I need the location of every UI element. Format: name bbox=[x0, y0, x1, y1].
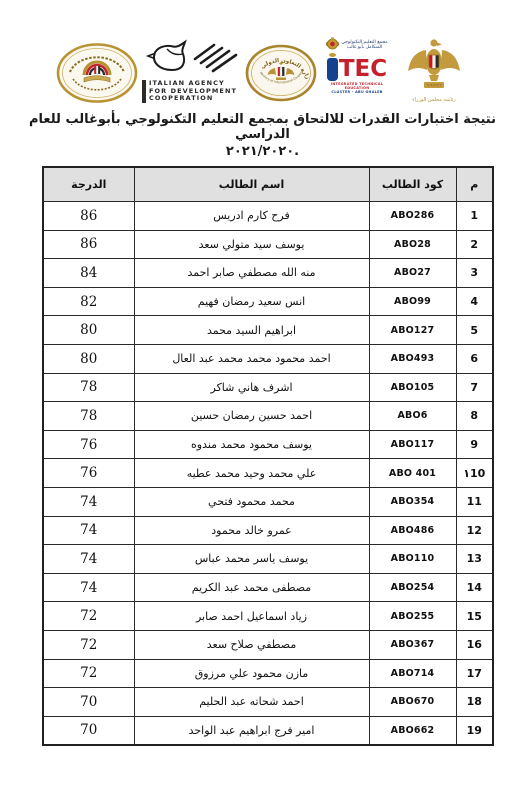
row-serial: 13 bbox=[456, 545, 493, 574]
table-row: 6 ABO493 احمد محمود محمد محمد عبد العال … bbox=[43, 344, 493, 373]
table-row: 17 ABO714 مازن محمود علي مرزوق 72 bbox=[43, 659, 493, 688]
student-score: 80 bbox=[43, 344, 134, 373]
student-code: ABO367 bbox=[369, 630, 456, 659]
table-row: 8 ABO6 احمد حسين رمضان حسين 78 bbox=[43, 402, 493, 431]
italian-agency-logo: ITALIAN AGENCY FOR DEVELOPMENT COOPERATI… bbox=[142, 37, 239, 103]
student-code: ABO670 bbox=[369, 688, 456, 717]
row-serial: 16 bbox=[456, 630, 493, 659]
table-row: 5 ABO127 ابراهيم السيد محمد 80 bbox=[43, 316, 493, 345]
title-line1: نتيجة اختبارات القدرات للالتحاق بمجمع ال… bbox=[0, 112, 525, 142]
student-code: ABO 401 bbox=[369, 459, 456, 488]
ministry-seal-icon: وزارة التعاون الدولي Ministry of Interna… bbox=[245, 44, 317, 102]
edf-seal-icon bbox=[56, 42, 138, 104]
row-serial: ١10 bbox=[456, 459, 493, 488]
student-score: 74 bbox=[43, 573, 134, 602]
row-serial: 14 bbox=[456, 573, 493, 602]
student-score: 72 bbox=[43, 630, 134, 659]
student-score: 86 bbox=[43, 230, 134, 259]
student-name: مازن محمود علي مرزوق bbox=[134, 659, 369, 688]
header-student-code: كود الطالب bbox=[369, 167, 456, 202]
student-name: عمرو خالد محمود bbox=[134, 516, 369, 545]
student-score: 78 bbox=[43, 373, 134, 402]
student-score: 72 bbox=[43, 602, 134, 631]
ministry-international-cooperation-seal: وزارة التعاون الدولي Ministry of Interna… bbox=[245, 44, 317, 102]
student-code: ABO714 bbox=[369, 659, 456, 688]
student-score: 80 bbox=[43, 316, 134, 345]
itec-arabic-line2: المتكامل بأبو غالب bbox=[341, 45, 388, 50]
student-code: ABO110 bbox=[369, 545, 456, 574]
row-serial: 9 bbox=[456, 430, 493, 459]
student-score: 84 bbox=[43, 259, 134, 288]
italian-agency-wordmark: ITALIAN AGENCY FOR DEVELOPMENT COOPERATI… bbox=[142, 80, 239, 103]
egypt-coat-of-arms: رئاسة مجلس الوزراء bbox=[398, 35, 470, 105]
table-row: 3 ABO27 منه الله مصطفي صابر احمد 84 bbox=[43, 259, 493, 288]
document-title: نتيجة اختبارات القدرات للالتحاق بمجمع ال… bbox=[0, 112, 525, 159]
student-code: ABO117 bbox=[369, 430, 456, 459]
row-serial: 12 bbox=[456, 516, 493, 545]
table-row: 9 ABO117 يوسف محمود محمد مندوه 76 bbox=[43, 430, 493, 459]
student-name: يوسف ياسر محمد عباس bbox=[134, 545, 369, 574]
student-code: ABO254 bbox=[369, 573, 456, 602]
student-name: يوسف سيد متولي سعد bbox=[134, 230, 369, 259]
table-row: 15 ABO255 زياد اسماعيل احمد صابر 72 bbox=[43, 602, 493, 631]
student-name: احمد حسين رمضان حسين bbox=[134, 402, 369, 431]
student-code: ABO286 bbox=[369, 202, 456, 231]
student-name: علي محمد وحيد محمد عطيه bbox=[134, 459, 369, 488]
itec-i-cylinder-icon bbox=[327, 53, 338, 81]
student-score: 72 bbox=[43, 659, 134, 688]
header-serial: م bbox=[456, 167, 493, 202]
itec-subtitle1: INTEGRATED TECHNICAL EDUCATION bbox=[320, 82, 394, 90]
student-code: ABO486 bbox=[369, 516, 456, 545]
student-score: 74 bbox=[43, 487, 134, 516]
results-table: م كود الطالب اسم الطالب الدرجة 1 ABO286 … bbox=[42, 166, 494, 746]
student-code: ABO27 bbox=[369, 259, 456, 288]
table-row: 7 ABO105 اشرف هاني شاكر 78 bbox=[43, 373, 493, 402]
itec-subtitle2: CLUSTER - ABU GHALEB bbox=[320, 90, 394, 94]
student-code: ABO255 bbox=[369, 602, 456, 631]
results-document-page: ITALIAN AGENCY FOR DEVELOPMENT COOPERATI… bbox=[0, 0, 525, 800]
table-row: 2 ABO28 يوسف سيد متولي سعد 86 bbox=[43, 230, 493, 259]
row-serial: 17 bbox=[456, 659, 493, 688]
student-code: ABO127 bbox=[369, 316, 456, 345]
student-code: ABO493 bbox=[369, 344, 456, 373]
student-name: فرح كارم ادريس bbox=[134, 202, 369, 231]
table-row: 19 ABO662 امير فرج ابراهيم عبد الواحد 70 bbox=[43, 716, 493, 745]
results-table-header: م كود الطالب اسم الطالب الدرجة bbox=[43, 167, 493, 202]
itec-tec-letters: TEC bbox=[339, 58, 387, 81]
table-row: 14 ABO254 مصطفى محمد عبد الكريم 74 bbox=[43, 573, 493, 602]
dove-icon bbox=[142, 37, 239, 75]
student-score: 70 bbox=[43, 688, 134, 717]
student-name: يوسف محمود محمد مندوه bbox=[134, 430, 369, 459]
row-serial: 11 bbox=[456, 487, 493, 516]
row-serial: 4 bbox=[456, 287, 493, 316]
row-serial: 6 bbox=[456, 344, 493, 373]
student-score: 74 bbox=[43, 516, 134, 545]
table-row: 1 ABO286 فرح كارم ادريس 86 bbox=[43, 202, 493, 231]
student-name: مصطفي صلاح سعد bbox=[134, 630, 369, 659]
table-row: 4 ABO99 انس سعيد رمضان فهيم 82 bbox=[43, 287, 493, 316]
student-code: ABO99 bbox=[369, 287, 456, 316]
student-name: احمد محمود محمد محمد عبد العال bbox=[134, 344, 369, 373]
row-serial: 7 bbox=[456, 373, 493, 402]
student-name: انس سعيد رمضان فهيم bbox=[134, 287, 369, 316]
student-name: مصطفى محمد عبد الكريم bbox=[134, 573, 369, 602]
row-serial: 18 bbox=[456, 688, 493, 717]
header-score: الدرجة bbox=[43, 167, 134, 202]
row-serial: 15 bbox=[456, 602, 493, 631]
table-row: 18 ABO670 احمد شحاته عبد الحليم 70 bbox=[43, 688, 493, 717]
results-table-body: 1 ABO286 فرح كارم ادريس 86 2 ABO28 يوسف … bbox=[43, 202, 493, 746]
student-code: ABO354 bbox=[369, 487, 456, 516]
student-name: اشرف هاني شاكر bbox=[134, 373, 369, 402]
row-serial: 1 bbox=[456, 202, 493, 231]
student-score: 76 bbox=[43, 459, 134, 488]
student-score: 70 bbox=[43, 716, 134, 745]
row-serial: 5 bbox=[456, 316, 493, 345]
itec-logo: مجمع التعليم التكنولوجي المتكامل بأبو غا… bbox=[320, 37, 394, 103]
student-code: ABO6 bbox=[369, 402, 456, 431]
student-score: 78 bbox=[43, 402, 134, 431]
header-student-name: اسم الطالب bbox=[134, 167, 369, 202]
row-serial: 19 bbox=[456, 716, 493, 745]
table-row: 16 ABO367 مصطفي صلاح سعد 72 bbox=[43, 630, 493, 659]
table-row: ١10 ABO 401 علي محمد وحيد محمد عطيه 76 bbox=[43, 459, 493, 488]
student-code: ABO105 bbox=[369, 373, 456, 402]
student-score: 74 bbox=[43, 545, 134, 574]
italian-agency-line3: COOPERATION bbox=[149, 95, 237, 103]
education-development-fund-seal bbox=[56, 42, 138, 104]
student-name: منه الله مصطفي صابر احمد bbox=[134, 259, 369, 288]
student-name: محمد محمود فتحي bbox=[134, 487, 369, 516]
italian-agency-bar bbox=[142, 80, 146, 103]
row-serial: 8 bbox=[456, 402, 493, 431]
row-serial: 3 bbox=[456, 259, 493, 288]
table-row: 11 ABO354 محمد محمود فتحي 74 bbox=[43, 487, 493, 516]
egypt-eagle-icon bbox=[398, 35, 470, 93]
row-serial: 2 bbox=[456, 230, 493, 259]
student-name: احمد شحاته عبد الحليم bbox=[134, 688, 369, 717]
table-row: 13 ABO110 يوسف ياسر محمد عباس 74 bbox=[43, 545, 493, 574]
student-name: امير فرج ابراهيم عبد الواحد bbox=[134, 716, 369, 745]
student-score: 86 bbox=[43, 202, 134, 231]
itec-crown-icon bbox=[326, 37, 339, 51]
student-name: ابراهيم السيد محمد bbox=[134, 316, 369, 345]
table-row: 12 ABO486 عمرو خالد محمود 74 bbox=[43, 516, 493, 545]
student-name: زياد اسماعيل احمد صابر bbox=[134, 602, 369, 631]
student-code: ABO662 bbox=[369, 716, 456, 745]
student-code: ABO28 bbox=[369, 230, 456, 259]
egypt-emblem-caption: رئاسة مجلس الوزراء bbox=[398, 97, 470, 103]
student-score: 82 bbox=[43, 287, 134, 316]
student-score: 76 bbox=[43, 430, 134, 459]
title-line2: ٢٠٢١/٢٠٢٠. bbox=[0, 144, 525, 159]
